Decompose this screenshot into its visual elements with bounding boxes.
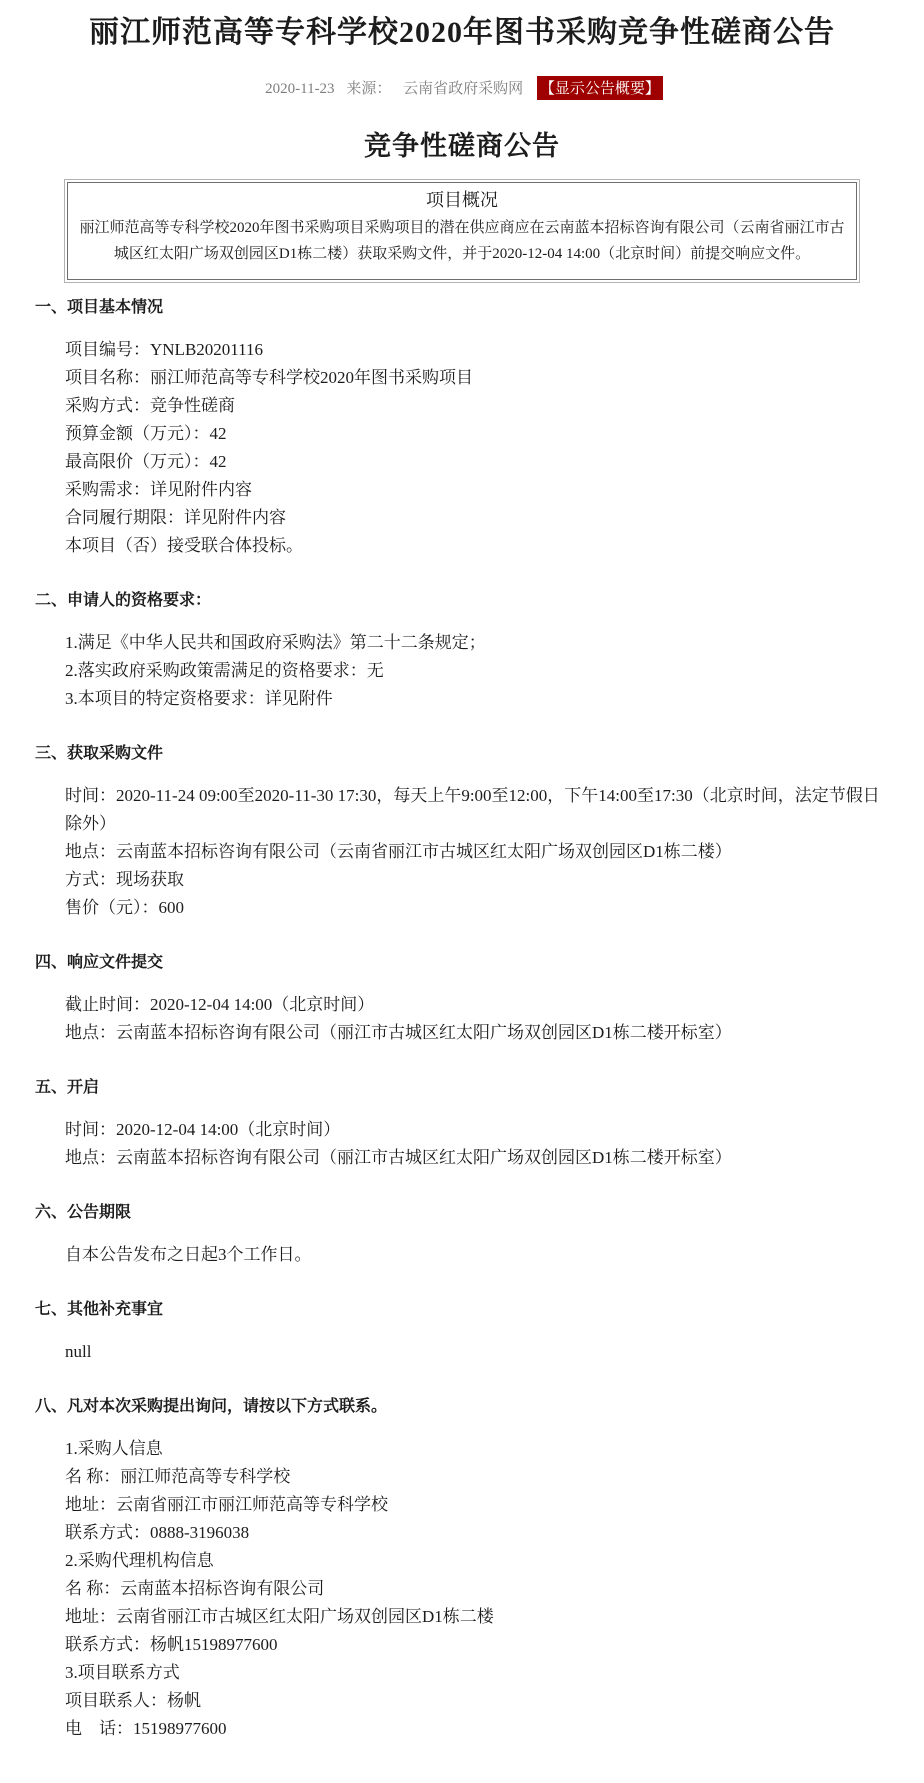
meta-line: 2020-11-23 来源： 云南省政府采购网 【显示公告概要】: [0, 76, 924, 100]
body-line: 3.本项目的特定资格要求：详见附件: [65, 685, 889, 713]
announcement-page: 丽江师范高等专科学校2020年图书采购竞争性磋商公告 2020-11-23 来源…: [0, 0, 924, 1783]
body-line: 3.项目联系方式: [65, 1659, 889, 1687]
body-line: 最高限价（万元）：42: [65, 448, 889, 476]
section-body: 1.满足《中华人民共和国政府采购法》第二十二条规定；2.落实政府采购政策需满足的…: [35, 629, 889, 713]
page-title: 丽江师范高等专科学校2020年图书采购竞争性磋商公告: [40, 14, 884, 52]
body-line: 电 话：15198977600: [65, 1715, 889, 1743]
section-heading: 五、开启: [35, 1077, 889, 1099]
body-line: 1.满足《中华人民共和国政府采购法》第二十二条规定；: [65, 629, 889, 657]
body-line: 1.采购人信息: [65, 1435, 889, 1463]
section-heading: 六、公告期限: [35, 1202, 889, 1224]
body-line: 名 称：云南蓝本招标咨询有限公司: [65, 1575, 889, 1603]
overview-body: 丽江师范高等专科学校2020年图书采购项目采购项目的潜在供应商应在云南蓝本招标咨…: [78, 215, 846, 267]
section-heading: 三、获取采购文件: [35, 743, 889, 765]
body-line: 项目编号：YNLB20201116: [65, 336, 889, 364]
source-label: 来源：: [346, 81, 391, 97]
overview-box: 项目概况 丽江师范高等专科学校2020年图书采购项目采购项目的潜在供应商应在云南…: [64, 179, 860, 283]
body-line: 名 称：丽江师范高等专科学校: [65, 1463, 889, 1491]
body-line: 时间：2020-12-04 14:00（北京时间）: [65, 1116, 889, 1144]
body-line: 采购需求：详见附件内容: [65, 476, 889, 504]
section-body: 时间：2020-12-04 14:00（北京时间）地点：云南蓝本招标咨询有限公司…: [35, 1116, 889, 1172]
body-line: 地点：云南蓝本招标咨询有限公司（云南省丽江市古城区红太阳广场双创园区D1栋二楼）: [65, 838, 889, 866]
section-heading: 四、响应文件提交: [35, 952, 889, 974]
show-summary-toggle-button[interactable]: 【显示公告概要】: [537, 76, 663, 100]
body-line: null: [65, 1338, 889, 1366]
body-line: 2.采购代理机构信息: [65, 1547, 889, 1575]
section-body: 时间：2020-11-24 09:00至2020-11-30 17:30，每天上…: [35, 782, 889, 922]
body-line: 联系方式：杨帆15198977600: [65, 1631, 889, 1659]
overview-title: 项目概况: [78, 188, 846, 212]
publish-date: 2020-11-23: [265, 81, 334, 97]
sections-container: 一、项目基本情况项目编号：YNLB20201116项目名称：丽江师范高等专科学校…: [0, 297, 924, 1783]
section-heading: 八、凡对本次采购提出询问，请按以下方式联系。: [35, 1396, 889, 1418]
section-body: 截止时间：2020-12-04 14:00（北京时间）地点：云南蓝本招标咨询有限…: [35, 991, 889, 1047]
section-heading: 二、申请人的资格要求：: [35, 590, 889, 612]
section-heading: 一、项目基本情况: [35, 297, 889, 319]
body-line: 时间：2020-11-24 09:00至2020-11-30 17:30，每天上…: [65, 782, 889, 838]
body-line: 2.落实政府采购政策需满足的资格要求：无: [65, 657, 889, 685]
body-line: 地点：云南蓝本招标咨询有限公司（丽江市古城区红太阳广场双创园区D1栋二楼开标室）: [65, 1019, 889, 1047]
body-line: 地址：云南省丽江市古城区红太阳广场双创园区D1栋二楼: [65, 1603, 889, 1631]
body-line: 联系方式：0888-3196038: [65, 1519, 889, 1547]
body-line: 截止时间：2020-12-04 14:00（北京时间）: [65, 991, 889, 1019]
body-line: 合同履行期限：详见附件内容: [65, 504, 889, 532]
body-line: 自本公告发布之日起3个工作日。: [65, 1241, 889, 1269]
body-line: 预算金额（万元）：42: [65, 420, 889, 448]
body-line: 地点：云南蓝本招标咨询有限公司（丽江市古城区红太阳广场双创园区D1栋二楼开标室）: [65, 1144, 889, 1172]
source-name: 云南省政府采购网: [403, 81, 523, 97]
announcement-subtitle: 竞争性磋商公告: [0, 124, 924, 163]
section-body: 项目编号：YNLB20201116项目名称：丽江师范高等专科学校2020年图书采…: [35, 336, 889, 560]
section-body: null: [35, 1338, 889, 1366]
body-line: 本项目（否）接受联合体投标。: [65, 532, 889, 560]
body-line: 项目名称：丽江师范高等专科学校2020年图书采购项目: [65, 364, 889, 392]
body-line: 项目联系人：杨帆: [65, 1687, 889, 1715]
body-line: 地址：云南省丽江市丽江师范高等专科学校: [65, 1491, 889, 1519]
body-line: 售价（元）：600: [65, 894, 889, 922]
overview-box-inner: 项目概况 丽江师范高等专科学校2020年图书采购项目采购项目的潜在供应商应在云南…: [67, 182, 857, 280]
body-line: 采购方式：竞争性磋商: [65, 392, 889, 420]
section-body: 1.采购人信息名 称：丽江师范高等专科学校地址：云南省丽江市丽江师范高等专科学校…: [35, 1435, 889, 1743]
section-heading: 七、其他补充事宜: [35, 1299, 889, 1321]
section-body: 自本公告发布之日起3个工作日。: [35, 1241, 889, 1269]
body-line: 方式：现场获取: [65, 866, 889, 894]
